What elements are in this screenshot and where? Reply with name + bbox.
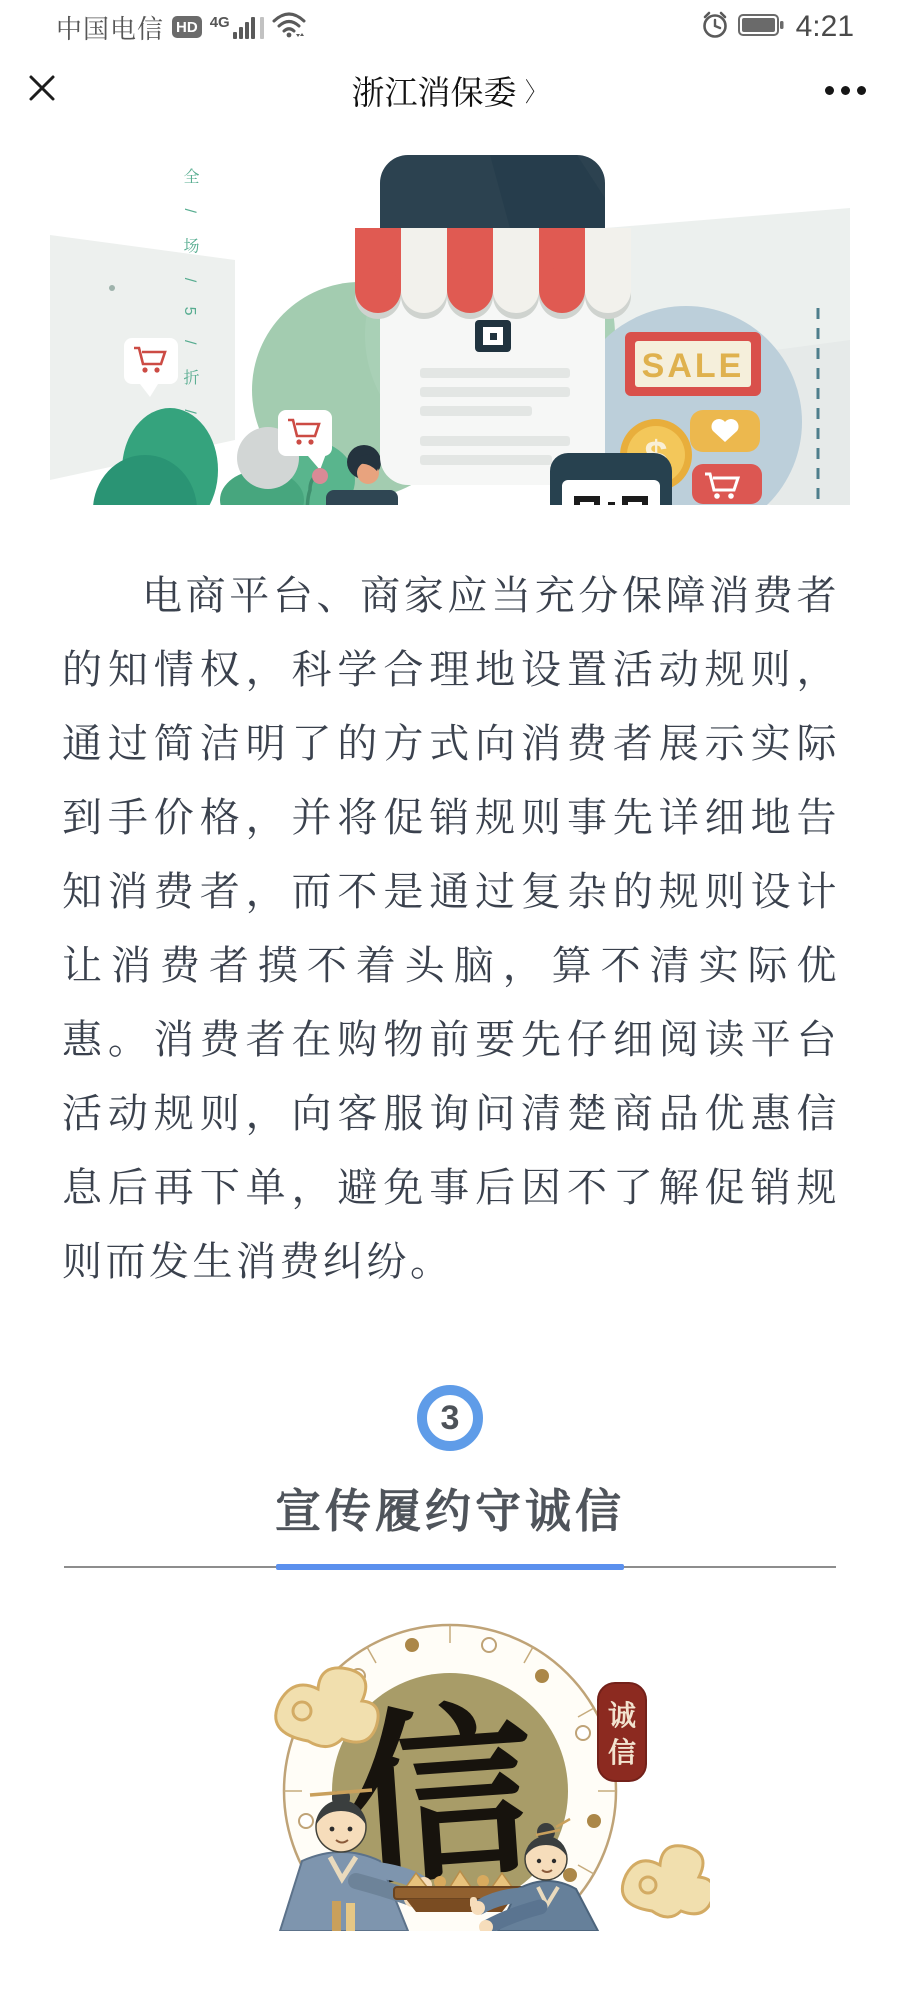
chengxin-seal: 诚 信	[598, 1683, 646, 1781]
cloud-swirl-icon	[622, 1846, 710, 1917]
chevron-right-icon: 〉	[526, 72, 546, 109]
cloud-swirl-icon	[276, 1668, 378, 1747]
close-button[interactable]	[0, 72, 90, 109]
divider-blue-accent	[276, 1564, 624, 1570]
clock-time: 4:21	[796, 10, 854, 44]
page-title: 浙江消保委	[351, 67, 516, 114]
section-divider	[0, 1563, 900, 1571]
network-type-label: 4G	[210, 14, 230, 31]
section-number-badge: 3	[417, 1385, 483, 1451]
section-number: 3	[441, 1399, 460, 1438]
more-dot	[825, 86, 834, 95]
hd-icon: HD	[172, 16, 202, 38]
official-account-title[interactable]: 浙江消保委 〉	[90, 67, 810, 114]
sale-sign: SALE	[625, 332, 761, 396]
qr-plate-icon	[475, 320, 511, 352]
svg-text:信: 信	[608, 1736, 636, 1768]
like-icon	[690, 410, 760, 452]
close-icon	[26, 72, 58, 104]
hero-illustration[interactable]: SALE $	[50, 140, 850, 505]
svg-text:诚: 诚	[608, 1700, 636, 1731]
alarm-icon	[700, 10, 730, 45]
trust-medallion-illustration[interactable]: 信 诚 信	[0, 1599, 900, 1931]
status-bar: 中国电信 HD 4G	[0, 0, 900, 48]
section-title: 宣传履约守诚信	[0, 1475, 900, 1541]
svg-text:SALE: SALE	[642, 347, 745, 385]
sim2-signal-icon	[260, 17, 264, 39]
vertical-promo-text: 全 / 场 / 5 / 折 /	[178, 168, 201, 478]
battery-icon	[738, 13, 784, 42]
wifi-icon	[272, 11, 306, 44]
article-navbar: 浙江消保委 〉	[0, 48, 900, 132]
cart-icon	[692, 464, 762, 504]
signal-strength-icon: 4G	[210, 15, 264, 39]
carrier-label: 中国电信	[56, 9, 164, 46]
more-menu-button[interactable]	[810, 86, 900, 95]
article-paragraph: 电商平台、商家应当充分保障消费者的知情权，科学合理地设置活动规则，通过简洁明了的…	[62, 559, 840, 1299]
